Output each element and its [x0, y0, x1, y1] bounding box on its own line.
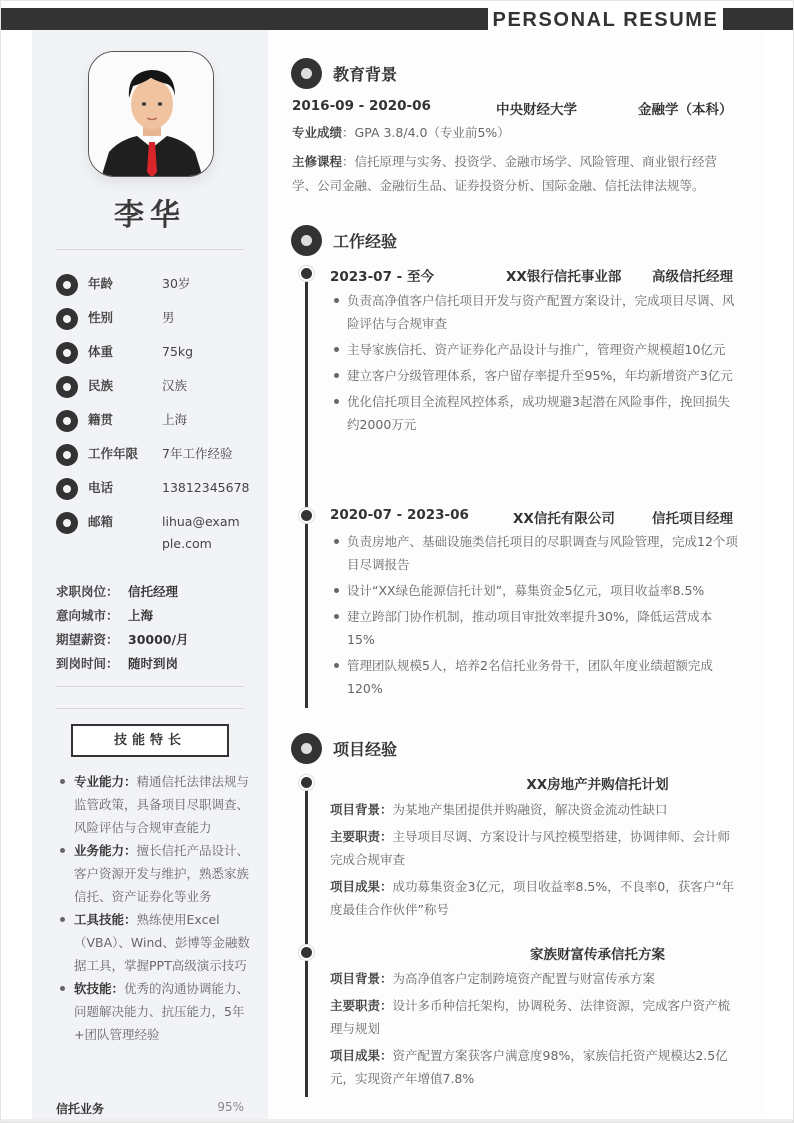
- gpa-label: 专业成绩: [292, 125, 342, 140]
- work-timeline-line: [305, 273, 308, 708]
- info-label: 民族: [88, 375, 162, 397]
- info-label: 性别: [88, 307, 162, 329]
- sidebar: 李华 年龄 30岁 性别 男 体重 75kg 民族 汉族: [32, 30, 268, 1123]
- field-label: 主要职责: [330, 998, 380, 1013]
- info-value: 上海: [162, 409, 256, 431]
- info-label: 体重: [88, 341, 162, 363]
- job-position: 信托项目经理: [652, 507, 733, 527]
- timeline-dot-icon: [299, 266, 314, 281]
- education-courses: 主修课程：信托原理与实务、投资学、金融市场学、风险管理、商业银行经营学、公司金融…: [292, 150, 736, 198]
- info-item-age: 年龄 30岁: [56, 273, 256, 307]
- job-intent-value: 信托经理: [128, 580, 178, 604]
- job-intent-position: 求职岗位： 信托经理: [56, 580, 256, 604]
- section-education-header: 教育背景: [291, 58, 397, 89]
- info-item-phone: 电话 13812345678: [56, 477, 256, 511]
- job-bullet: 负责高净值客户信托项目开发与资产配置方案设计，完成项目尽调、风险评估与合规审查: [330, 289, 738, 335]
- job-intent-list: 求职岗位： 信托经理 意向城市： 上海 期望薪资： 30000/月 到岗时间： …: [56, 580, 256, 676]
- field-value: 为高净值客户定制跨境资产配置与财富传承方案: [393, 971, 656, 986]
- education-school: 中央财经大学: [496, 98, 577, 118]
- job-bullets: 负责高净值客户信托项目开发与资产配置方案设计，完成项目尽调、风险评估与合规审查 …: [330, 289, 738, 439]
- info-label: 工作年限: [88, 443, 162, 465]
- section-projects-header: 项目经验: [291, 733, 397, 764]
- separator: ：: [124, 774, 137, 789]
- job-header: 2020-07 - 2023-06 XX信托有限公司 信托项目经理: [330, 507, 735, 527]
- project-title: XX房地产并购信托计划: [330, 773, 735, 793]
- job-bullets: 负责房地产、基础设施类信托项目的尽职调查与风险管理，完成12个项目尽调报告 设计…: [330, 530, 738, 703]
- info-value: 汉族: [162, 375, 256, 397]
- timeline-dot-icon: [299, 775, 314, 790]
- separator: ：: [342, 125, 355, 140]
- info-value: 75kg: [162, 341, 256, 363]
- divider: [56, 708, 244, 709]
- info-value: 男: [162, 307, 256, 329]
- skill-item: 专业能力：精通信托法律法规与监管政策，具备项目尽职调查、风险评估与合规审查能力: [56, 770, 256, 839]
- job-intent-start: 到岗时间： 随时到岗: [56, 652, 256, 676]
- separator: ：: [380, 1048, 393, 1063]
- education-gpa: 专业成绩：GPA 3.8/4.0（专业前5%）: [292, 121, 736, 145]
- field-label: 项目成果: [330, 879, 380, 894]
- skill-label: 业务能力: [74, 843, 124, 858]
- field-label: 项目背景: [330, 802, 380, 817]
- info-item-ethnicity: 民族 汉族: [56, 375, 256, 409]
- gpa-value: GPA 3.8/4.0（专业前5%）: [355, 125, 510, 140]
- skills-section-title: 技能特长: [71, 724, 229, 757]
- divider: [56, 686, 244, 687]
- projects-timeline-line: [305, 782, 308, 1097]
- info-item-email: 邮箱 lihua@example.com: [56, 511, 256, 569]
- education-period: 2016-09 - 2020-06: [292, 98, 431, 114]
- page-title: PERSONAL RESUME: [488, 6, 723, 32]
- job-company: XX信托有限公司: [513, 507, 615, 527]
- project-details: 项目背景：为高净值客户定制跨境资产配置与财富传承方案 主要职责：设计多币种信托架…: [330, 967, 738, 1094]
- section-circle-icon: [291, 733, 322, 764]
- skill-label: 专业能力: [74, 774, 124, 789]
- job-position: 高级信托经理: [652, 265, 733, 285]
- field-value: 为某地产集团提供并购融资，解决资金流动性缺口: [393, 802, 668, 817]
- job-bullet: 主导家族信托、资产证券化产品设计与推广，管理资产规模超10亿元: [330, 338, 738, 361]
- courses-value: 信托原理与实务、投资学、金融市场学、风险管理、商业银行经营学、公司金融、金融衍生…: [292, 154, 717, 193]
- separator: ：: [112, 981, 125, 996]
- job-intent-label: 意向城市：: [56, 604, 128, 628]
- bullet-circle-icon: [56, 512, 78, 534]
- job-intent-label: 期望薪资：: [56, 628, 128, 652]
- job-bullet: 负责房地产、基础设施类信托项目的尽职调查与风险管理，完成12个项目尽调报告: [330, 530, 738, 576]
- section-work-header: 工作经验: [291, 225, 397, 256]
- project-duty: 主要职责：设计多币种信托架构，协调税务、法律资源，完成客户资产梳理与规划: [330, 994, 738, 1040]
- person-name: 李华: [32, 190, 268, 234]
- job-intent-value: 30000/月: [128, 628, 189, 652]
- section-circle-icon: [291, 58, 322, 89]
- project-background: 项目背景：为高净值客户定制跨境资产配置与财富传承方案: [330, 967, 738, 990]
- skill-label: 工具技能: [74, 912, 124, 927]
- education-major: 金融学（本科）: [638, 98, 732, 118]
- skill-bar-label: 信托业务: [56, 1100, 104, 1117]
- project-background: 项目背景：为某地产集团提供并购融资，解决资金流动性缺口: [330, 798, 738, 821]
- info-label: 籍贯: [88, 409, 162, 431]
- job-bullet: 优化信托项目全流程风控体系，成功规避3起潜在风险事件，挽回损失约2000万元: [330, 390, 738, 436]
- project-result: 项目成果：资产配置方案获客户满意度98%，家族信托资产规模达2.5亿元，实现资产…: [330, 1044, 738, 1090]
- project-details: 项目背景：为某地产集团提供并购融资，解决资金流动性缺口 主要职责：主导项目尽调、…: [330, 798, 738, 925]
- job-intent-value: 上海: [128, 604, 153, 628]
- field-label: 项目背景: [330, 971, 380, 986]
- info-label: 年龄: [88, 273, 162, 295]
- separator: ：: [380, 829, 393, 844]
- separator: ：: [380, 879, 393, 894]
- job-bullet: 设计“XX绿色能源信托计划”，募集资金5亿元，项目收益率8.5%: [330, 579, 738, 602]
- info-item-experience-years: 工作年限 7年工作经验: [56, 443, 256, 477]
- skill-item: 业务能力：擅长信托产品设计、客户资源开发与维护，熟悉家族信托、资产证券化等业务: [56, 839, 256, 908]
- section-title: 教育背景: [333, 62, 397, 85]
- section-circle-icon: [291, 225, 322, 256]
- job-intent-city: 意向城市： 上海: [56, 604, 256, 628]
- bullet-circle-icon: [56, 410, 78, 432]
- education-row: 2016-09 - 2020-06 中央财经大学 金融学（本科）: [292, 98, 732, 118]
- bullet-circle-icon: [56, 342, 78, 364]
- timeline-dot-icon: [299, 945, 314, 960]
- job-header: 2023-07 - 至今 XX银行信托事业部 高级信托经理: [330, 265, 735, 285]
- bullet-circle-icon: [56, 444, 78, 466]
- resume-page: PERSONAL RESUME 李华 年龄 30岁: [0, 0, 794, 1123]
- job-period: 2020-07 - 2023-06: [330, 507, 469, 523]
- separator: ：: [380, 971, 393, 986]
- skill-item: 工具技能：熟练使用Excel（VBA）、Wind、彭博等金融数据工具，掌握PPT…: [56, 908, 256, 977]
- bullet-circle-icon: [56, 376, 78, 398]
- field-label: 项目成果: [330, 1048, 380, 1063]
- separator: ：: [124, 843, 137, 858]
- header-bar-left: [1, 8, 488, 30]
- job-intent-label: 到岗时间：: [56, 652, 128, 676]
- separator: ：: [124, 912, 137, 927]
- project-duty: 主要职责：主导项目尽调、方案设计与风控模型搭建，协调律师、会计师完成合规审查: [330, 825, 738, 871]
- avatar-portrait-icon: [89, 52, 214, 177]
- skills-list: 专业能力：精通信托法律法规与监管政策，具备项目尽职调查、风险评估与合规审查能力 …: [56, 770, 256, 1046]
- info-value: 7年工作经验: [162, 443, 256, 465]
- courses-label: 主修课程: [292, 154, 342, 169]
- project-title: 家族财富传承信托方案: [330, 943, 735, 963]
- section-title: 项目经验: [333, 737, 397, 760]
- job-bullet: 建立跨部门协作机制，推动项目审批效率提升30%，降低运营成本15%: [330, 605, 738, 651]
- job-intent-salary: 期望薪资： 30000/月: [56, 628, 256, 652]
- job-intent-label: 求职岗位：: [56, 580, 128, 604]
- bullet-circle-icon: [56, 308, 78, 330]
- main-content: 教育背景 2016-09 - 2020-06 中央财经大学 金融学（本科） 专业…: [268, 30, 762, 1123]
- job-bullet: 建立客户分级管理体系，客户留存率提升至95%，年均新增资产3亿元: [330, 364, 738, 387]
- separator: ：: [342, 154, 355, 169]
- bullet-circle-icon: [56, 478, 78, 500]
- avatar: [88, 51, 214, 177]
- info-value: lihua@example.com: [162, 511, 246, 555]
- skill-label: 软技能: [74, 981, 112, 996]
- separator: ：: [380, 998, 393, 1013]
- header-bar-right: [723, 8, 794, 30]
- job-company: XX银行信托事业部: [506, 265, 621, 285]
- field-label: 主要职责: [330, 829, 380, 844]
- info-value: 30岁: [162, 273, 256, 295]
- job-intent-value: 随时到岗: [128, 652, 178, 676]
- personal-info-list: 年龄 30岁 性别 男 体重 75kg 民族 汉族 籍贯 上海: [56, 273, 256, 569]
- skill-bar-trust-business: 信托业务 95%: [56, 1100, 244, 1117]
- skill-item: 软技能：优秀的沟通协调能力、问题解决能力、抗压能力，5年+团队管理经验: [56, 977, 256, 1046]
- info-item-weight: 体重 75kg: [56, 341, 256, 375]
- bullet-circle-icon: [56, 274, 78, 296]
- skill-bar-percent: 95%: [217, 1100, 244, 1117]
- info-item-hometown: 籍贯 上海: [56, 409, 256, 443]
- job-period: 2023-07 - 至今: [330, 265, 434, 285]
- timeline-dot-icon: [299, 508, 314, 523]
- info-label: 电话: [88, 477, 162, 499]
- separator: ：: [380, 802, 393, 817]
- job-bullet: 管理团队规模5人，培养2名信托业务骨干，团队年度业绩超额完成120%: [330, 654, 738, 700]
- info-item-gender: 性别 男: [56, 307, 256, 341]
- project-result: 项目成果：成功募集资金3亿元，项目收益率8.5%，不良率0，获客户“年度最佳合作…: [330, 875, 738, 921]
- divider: [56, 249, 244, 250]
- page-bottom-edge: [1, 1119, 794, 1123]
- info-label: 邮箱: [88, 511, 162, 533]
- section-title: 工作经验: [333, 229, 397, 252]
- info-value: 13812345678: [162, 477, 256, 499]
